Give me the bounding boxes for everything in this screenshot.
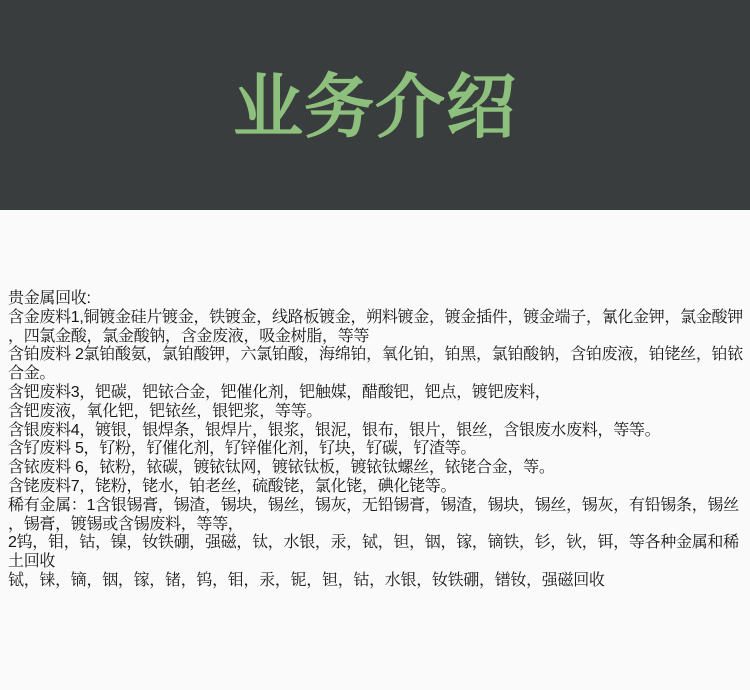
- page: 业务介绍 贵金属回收: 含金废料1,铜镀金硅片镀金，铁镀金，线路板镀金，朔料镀金…: [0, 0, 750, 690]
- text-line: 2钨，钼，钴，镍，钕铁硼，强磁，钛，水银，汞，铽，钽，铟，镓，镝铁，钐，钬，铒，…: [8, 534, 744, 553]
- text-line: 含钯废液，氧化钯，钯铱丝，银钯浆，等等。: [8, 403, 744, 422]
- text-line: 合金。: [8, 365, 744, 384]
- business-description: 贵金属回收: 含金废料1,铜镀金硅片镀金，铁镀金，线路板镀金，朔料镀金，镀金插件…: [0, 210, 750, 591]
- text-line: 含铑废料7，铑粉，铑水，铂老丝，硫酸铑，氯化铑，碘化铑等。: [8, 478, 744, 497]
- text-line: 含金废料1,铜镀金硅片镀金，铁镀金，线路板镀金，朔料镀金，镀金插件，镀金端子，氰…: [8, 309, 744, 328]
- text-line: 含铱废料 6，铱粉，铱碳，镀铱钛网，镀铱钛板，镀铱钛螺丝，铱铑合金，等。: [8, 459, 744, 478]
- text-line: 含钯废料3，钯碳，钯铱合金，钯催化剂，钯触媒，醋酸钯，钯点，镀钯废料，: [8, 384, 744, 403]
- text-line: 含铂废料 2氯铂酸氨，氯铂酸钾，六氯铂酸，海绵铂，氧化铂，铂黑，氯铂酸钠，含铂废…: [8, 346, 744, 365]
- text-line: 含银废料4，镀银，银焊条，银焊片，银浆，银泥，银布，银片，银丝，含银废水废料，等…: [8, 422, 744, 441]
- text-line: ，锡膏，镀锡或含锡废料，等等，: [8, 516, 744, 535]
- text-line: 铽，铼，镝，铟，镓，锗，钨，钼，汞，铌，钽，钴，水银，钕铁硼，镨钕，强磁回收: [8, 572, 744, 591]
- text-line: ，四氯金酸，氯金酸钠，含金废液，吸金树脂，等等: [8, 328, 744, 347]
- text-line-heading: 贵金属回收:: [8, 290, 744, 309]
- header-banner: 业务介绍: [0, 0, 750, 210]
- page-title: 业务介绍: [233, 68, 517, 142]
- text-line: 土回收: [8, 553, 744, 572]
- text-line: 稀有金属：1含银锡膏，锡渣，锡块，锡丝，锡灰，无铅锡膏，锡渣，锡块，锡丝，锡灰，…: [8, 497, 744, 516]
- text-line: 含钌废料 5，钌粉，钌催化剂，钌锌催化剂，钌块，钌碳，钌渣等。: [8, 440, 744, 459]
